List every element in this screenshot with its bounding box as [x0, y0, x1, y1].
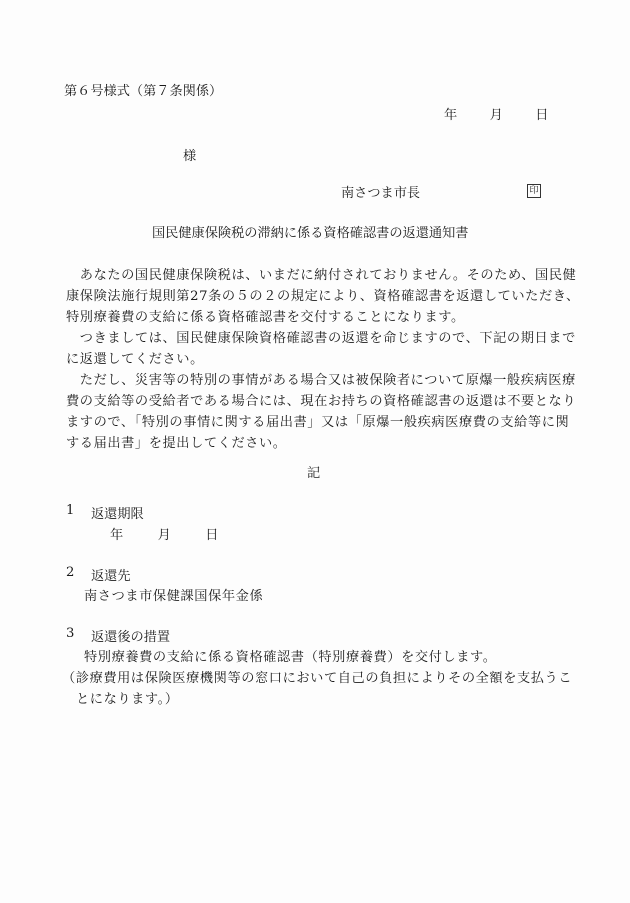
body-line: あなたの国民健康保険税は、いまだに納付されておりません。そのため、国民健	[66, 264, 576, 283]
issuer-name: 南さつま市長	[341, 182, 420, 201]
deadline-date: 年 月 日	[110, 524, 218, 543]
body-line: に返還してください。	[66, 348, 204, 367]
ki-heading: 記	[307, 462, 320, 481]
date-day: 日	[205, 524, 218, 543]
body-line: ただし、災害等の特別の事情がある場合又は被保険者について原爆一般疾病医療	[66, 369, 576, 388]
date-year: 年	[110, 524, 123, 543]
body-line: 康保険法施行規則第27条の５の２の規定により、資格確認書を返還していただき、	[66, 285, 580, 304]
seal-icon: 印	[527, 183, 541, 198]
item-number: 2	[66, 565, 74, 580]
item-number: 1	[66, 503, 74, 518]
measure-note-1: （診療費用は保険医療機関等の窓口において自己の負担によりその全額を支払うこ	[62, 667, 572, 686]
measure-note-2: とになります。）	[76, 688, 179, 707]
item-number: 3	[66, 626, 74, 641]
body-line: つきましては、国民健康保険資格確認書の返還を命じますので、下記の期日まで	[66, 327, 576, 346]
date-month: 月	[490, 104, 503, 123]
item-heading: 返還後の措置	[91, 626, 170, 645]
measure-content: 特別療養費の支給に係る資格確認書（特別療養費）を交付します。	[84, 646, 497, 665]
body-line: する届出書」を提出してください。	[66, 432, 287, 451]
form-label: 第６号様式（第７条関係）	[64, 80, 222, 99]
recipient-suffix: 様	[183, 145, 196, 164]
item-heading: 返還期限	[91, 503, 144, 522]
body-line: ますので、「特別の事情に関する届出書」又は「原爆一般疾病医療費の支給等に関	[66, 411, 569, 430]
body-line: 特別療養費の支給に係る資格確認書を交付することになります。	[66, 306, 465, 325]
item-heading: 返還先	[91, 565, 131, 584]
issue-date: 年 月 日	[444, 104, 548, 123]
date-year: 年	[444, 104, 457, 123]
body-line: 費の支給等の受給者である場合には、現在お持ちの資格確認書の返還は不要となり	[66, 390, 576, 409]
document-title: 国民健康保険税の滞納に係る資格確認書の返還通知書	[152, 222, 469, 241]
date-day: 日	[535, 104, 548, 123]
date-month: 月	[158, 524, 171, 543]
return-destination: 南さつま市保健課国保年金係	[84, 585, 263, 604]
